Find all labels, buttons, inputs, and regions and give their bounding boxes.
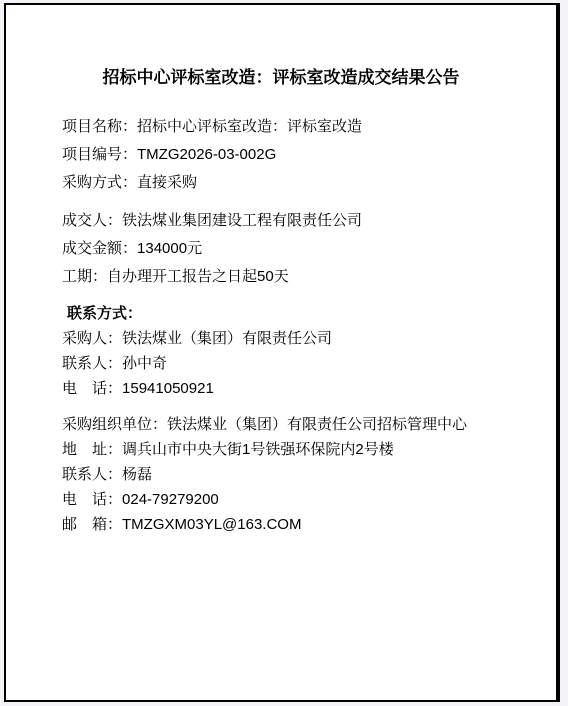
field-value: 024-79279200: [122, 491, 219, 508]
contact-heading: 联系方式：: [67, 301, 540, 326]
contact-section: 联系方式： 采购人：铁法煤业（集团）有限责任公司 联系人：孙中奇 电 话：159…: [62, 301, 540, 401]
field-value: 孙中奇: [122, 355, 167, 372]
project-name-row: 项目名称：招标中心评标室改造：评标室改造: [62, 113, 540, 141]
field-label: 地 址：: [62, 441, 122, 458]
field-value: TMZGXM03YL@163.COM: [122, 516, 301, 533]
field-label: 电 话：: [62, 380, 122, 397]
field-value: 铁法煤业集团建设工程有限责任公司: [122, 212, 362, 229]
field-value: 15941050921: [122, 380, 214, 397]
field-value: 自办理开工报告之日起50天: [107, 268, 289, 285]
purchaser-row: 采购人：铁法煤业（集团）有限责任公司: [62, 326, 540, 351]
field-value: TMZG2026-03-002G: [137, 146, 276, 163]
contact-person-row: 联系人：孙中奇: [62, 351, 540, 376]
award-info-section: 成交人：铁法煤业集团建设工程有限责任公司 成交金额：134000元 工期：自办理…: [62, 207, 540, 291]
field-value: 134000元: [137, 240, 202, 257]
announcement-title: 招标中心评标室改造：评标室改造成交结果公告: [6, 63, 556, 88]
project-number-row: 项目编号：TMZG2026-03-002G: [62, 141, 540, 169]
field-label: 成交人：: [62, 212, 122, 229]
organizer-section: 采购组织单位：铁法煤业（集团）有限责任公司招标管理中心 地 址：调兵山市中央大街…: [62, 412, 540, 537]
field-label: 邮 箱：: [62, 516, 122, 533]
field-label: 项目编号：: [62, 146, 137, 163]
field-value: 直接采购: [137, 174, 197, 191]
field-value: 招标中心评标室改造：评标室改造: [137, 118, 362, 135]
field-value: 杨磊: [122, 466, 152, 483]
project-info-section: 项目名称：招标中心评标室改造：评标室改造 项目编号：TMZG2026-03-00…: [62, 113, 540, 197]
field-label: 工期：: [62, 268, 107, 285]
winner-row: 成交人：铁法煤业集团建设工程有限责任公司: [62, 207, 540, 235]
field-label: 采购人：: [62, 330, 122, 347]
field-label: 采购方式：: [62, 174, 137, 191]
award-amount-row: 成交金额：134000元: [62, 235, 540, 263]
construction-period-row: 工期：自办理开工报告之日起50天: [62, 263, 540, 291]
address-row: 地 址：调兵山市中央大街1号铁强环保院内2号楼: [62, 437, 540, 462]
field-label: 项目名称：: [62, 118, 137, 135]
field-value: 铁法煤业（集团）有限责任公司招标管理中心: [167, 416, 467, 433]
organizer-row: 采购组织单位：铁法煤业（集团）有限责任公司招标管理中心: [62, 412, 540, 437]
organizer-phone-row: 电 话：024-79279200: [62, 487, 540, 512]
field-value: 调兵山市中央大街1号铁强环保院内2号楼: [122, 441, 394, 458]
field-value: 铁法煤业（集团）有限责任公司: [122, 330, 332, 347]
field-label: 联系人：: [62, 466, 122, 483]
email-row: 邮 箱：TMZGXM03YL@163.COM: [62, 512, 540, 537]
document-page: 招标中心评标室改造：评标室改造成交结果公告 项目名称：招标中心评标室改造：评标室…: [4, 3, 560, 702]
field-label: 采购组织单位：: [62, 416, 167, 433]
phone-row: 电 话：15941050921: [62, 376, 540, 401]
field-label: 联系人：: [62, 355, 122, 372]
procurement-method-row: 采购方式：直接采购: [62, 169, 540, 197]
field-label: 成交金额：: [62, 240, 137, 257]
organizer-contact-person-row: 联系人：杨磊: [62, 462, 540, 487]
field-label: 电 话：: [62, 491, 122, 508]
